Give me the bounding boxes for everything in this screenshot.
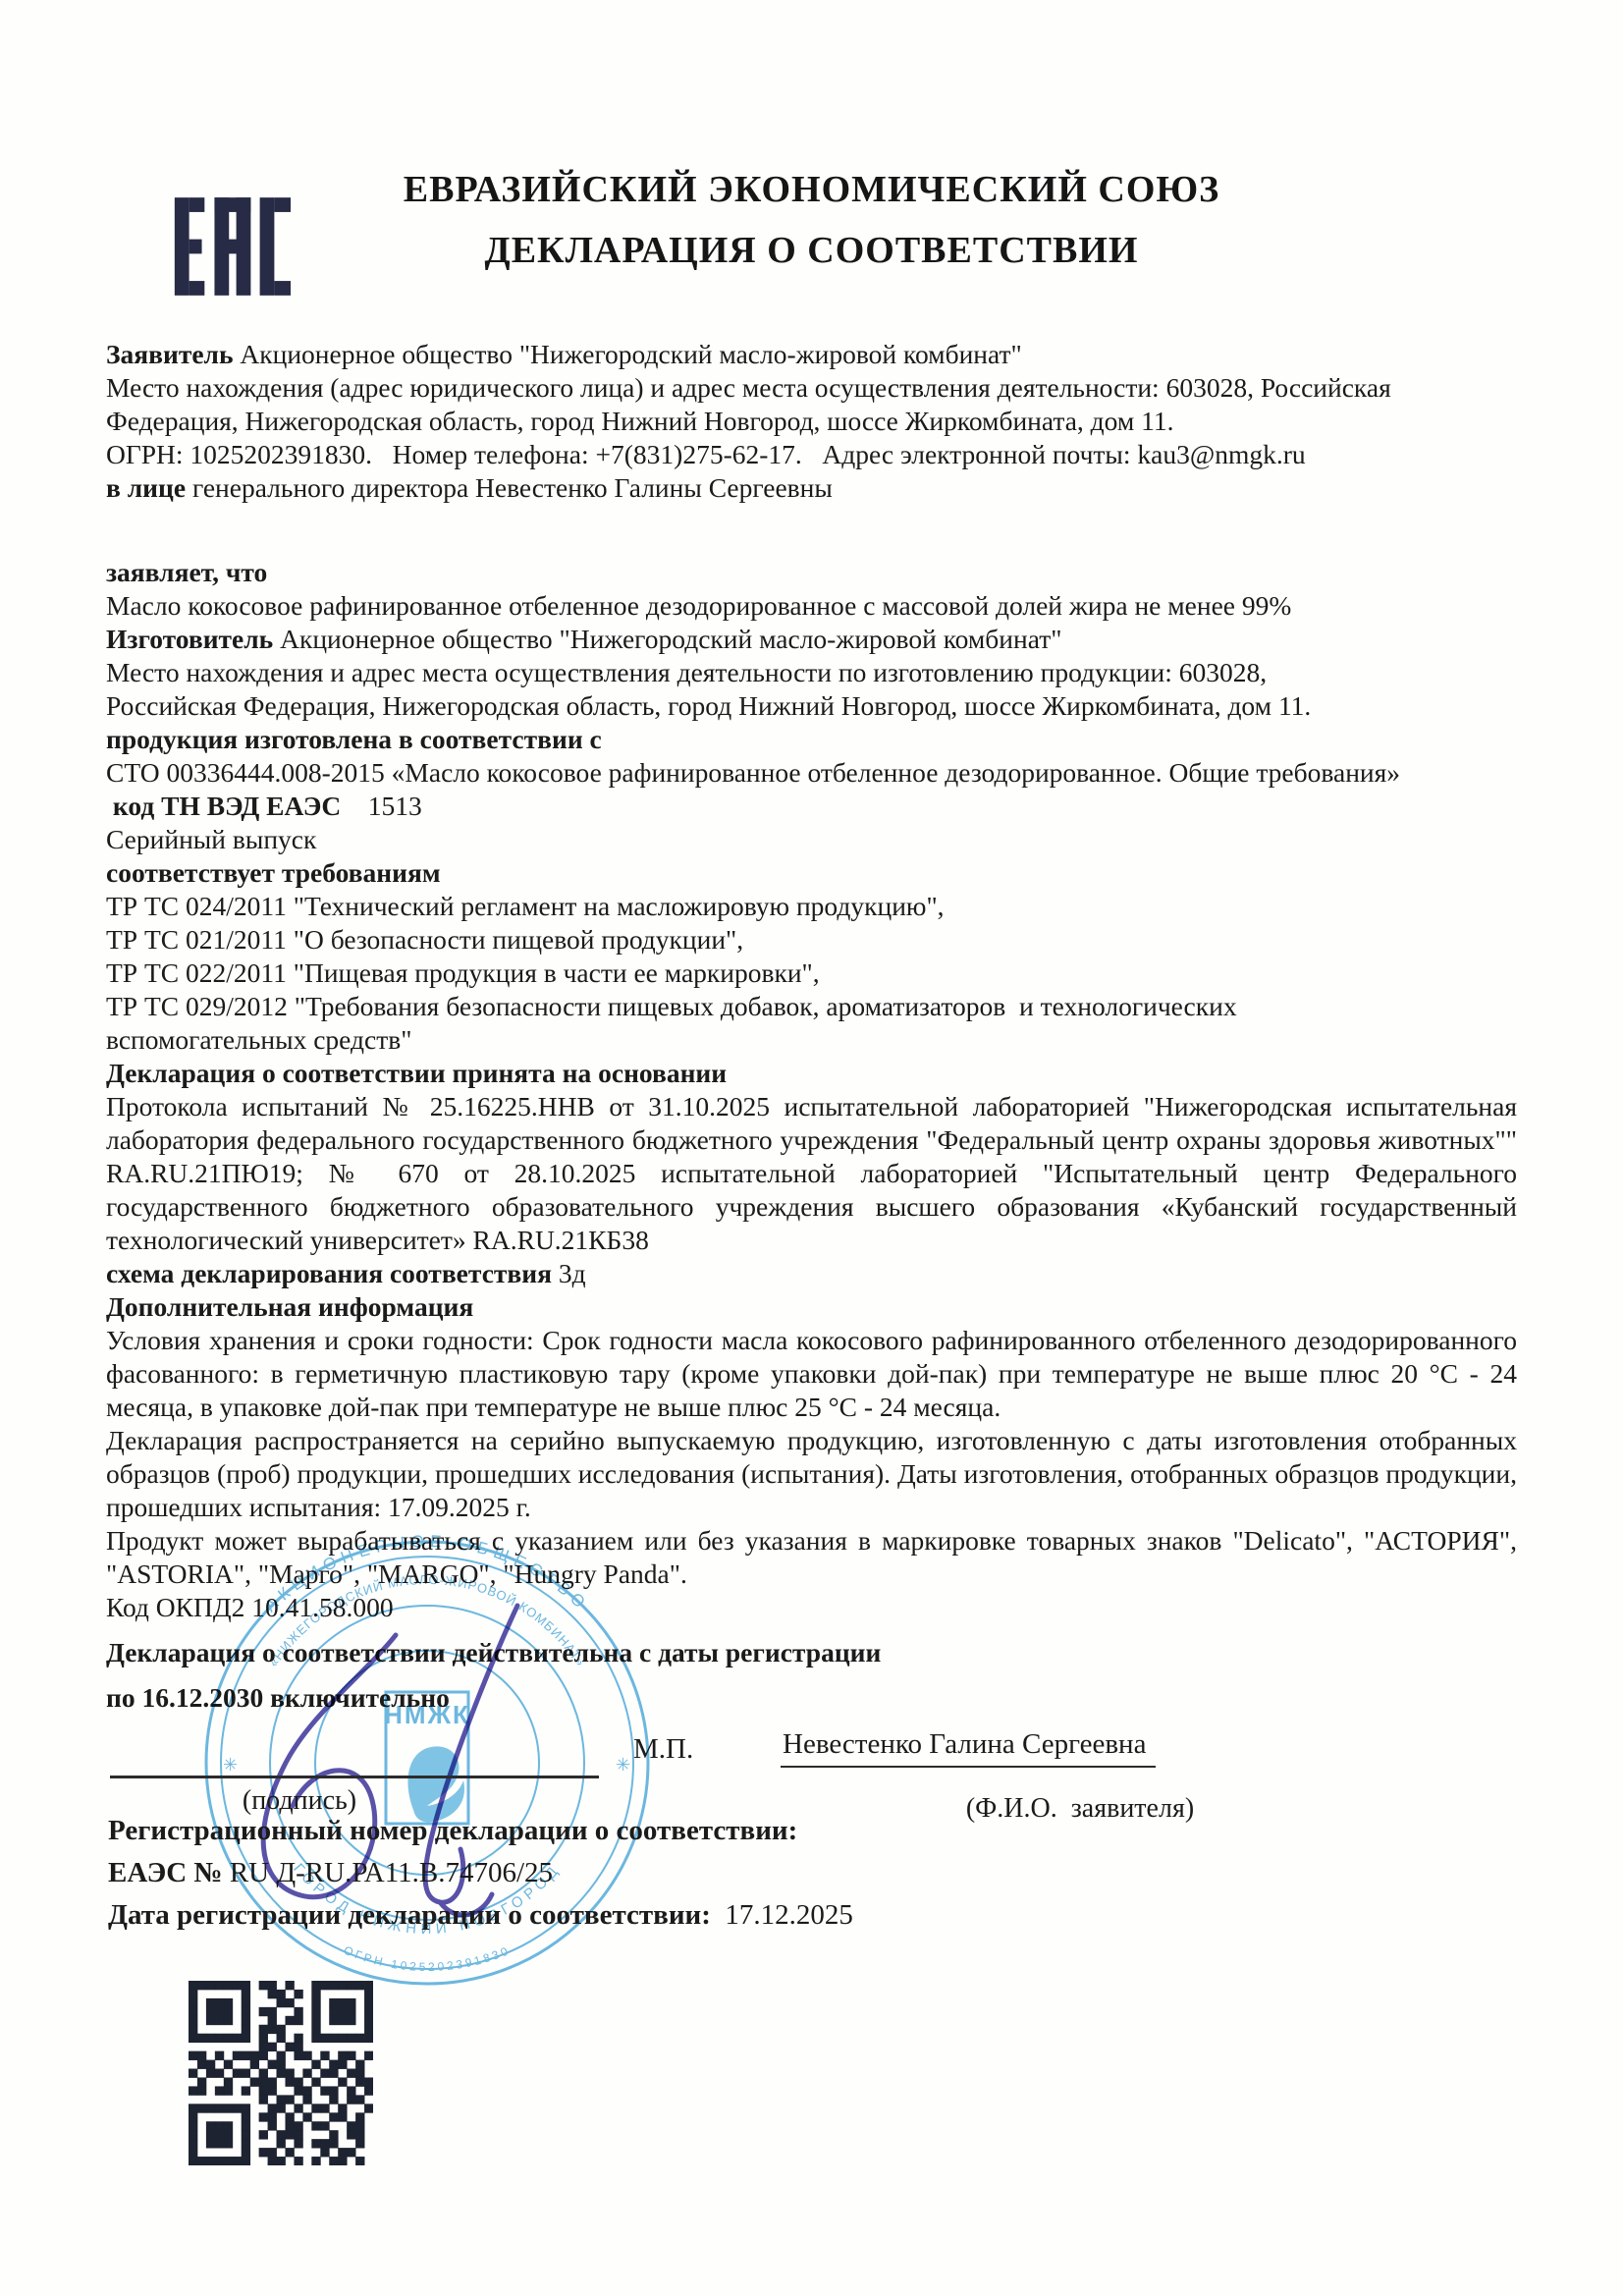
qr-module	[189, 2139, 197, 2148]
qr-module	[347, 2051, 355, 2060]
qr-module	[259, 2112, 268, 2121]
qr-module	[329, 2007, 338, 2016]
qr-module	[259, 2077, 268, 2086]
document-line: ТР ТС 024/2011 "Технический регламент на…	[106, 890, 1517, 923]
line-text: Масло кокосовое рафинированное отбеленно…	[106, 590, 1291, 621]
qr-module	[311, 1981, 320, 1990]
qr-module	[206, 2016, 215, 2025]
qr-module	[329, 2112, 338, 2121]
qr-module	[294, 1990, 302, 1998]
qr-module	[259, 2051, 268, 2060]
line-bold-text: продукция изготовлена в соответствии с	[106, 724, 602, 754]
qr-module	[268, 2157, 277, 2165]
qr-module	[233, 2069, 242, 2078]
qr-module	[320, 2104, 329, 2112]
qr-module	[355, 2112, 364, 2121]
qr-module	[277, 2025, 286, 2034]
qr-module	[242, 2034, 250, 2043]
registration-date: Дата регистрации декларации о соответств…	[108, 1899, 1188, 1932]
qr-module	[233, 2051, 242, 2060]
qr-module	[189, 2121, 197, 2130]
qr-module	[329, 2069, 338, 2078]
qr-module	[277, 2157, 286, 2165]
qr-module	[259, 2086, 268, 2095]
document-line: Изготовитель Акционерное общество "Нижег…	[106, 623, 1517, 656]
qr-module	[277, 2139, 286, 2148]
qr-module	[329, 2130, 338, 2139]
qr-module	[259, 2130, 268, 2139]
qr-module	[294, 2007, 302, 2016]
qr-module	[285, 2016, 294, 2025]
qr-module	[242, 2139, 250, 2148]
qr-module	[206, 1998, 215, 2007]
qr-module	[294, 2157, 302, 2165]
document-line: Декларация распространяется на серийно в…	[106, 1424, 1517, 1457]
qr-module	[338, 2104, 347, 2112]
document-line: СТО 00336444.008-2015 «Масло кокосовое р…	[106, 756, 1517, 790]
qr-module	[189, 2016, 197, 2025]
qr-module	[242, 2157, 250, 2165]
qr-module	[277, 2130, 286, 2139]
qr-module	[355, 1981, 364, 1990]
qr-module	[242, 1998, 250, 2007]
line-text: RA.RU.21ПЮ19; № 670 от 28.10.2025 испыта…	[106, 1158, 1517, 1188]
qr-module	[294, 2034, 302, 2043]
qr-module	[285, 2121, 294, 2130]
document-line: ТР ТС 022/2011 "Пищевая продукция в част…	[106, 957, 1517, 990]
qr-module	[215, 2121, 224, 2130]
qr-module	[285, 1981, 294, 1990]
qr-module	[329, 2095, 338, 2104]
qr-module	[302, 2095, 311, 2104]
qr-module	[320, 2069, 329, 2078]
qr-module	[329, 2086, 338, 2095]
qr-module	[224, 2130, 233, 2139]
document-line: Дополнительная информация	[106, 1290, 1517, 1324]
line-text: Федерация, Нижегородская область, город …	[106, 406, 1174, 436]
qr-module	[224, 2121, 233, 2130]
line-text: Серийный выпуск	[106, 824, 316, 854]
qr-module	[347, 2069, 355, 2078]
qr-module	[364, 2025, 373, 2034]
qr-module	[302, 2112, 311, 2121]
line-text: Место нахождения и адрес места осуществл…	[106, 657, 1267, 687]
qr-module	[242, 2016, 250, 2025]
signature-line	[110, 1776, 599, 1778]
qr-module	[285, 2095, 294, 2104]
qr-module	[224, 2104, 233, 2112]
qr-module	[338, 1998, 347, 2007]
qr-module	[285, 1998, 294, 2007]
qr-module	[215, 2016, 224, 2025]
qr-module	[189, 1990, 197, 1998]
qr-module	[206, 2069, 215, 2078]
line-text: месяца, в упаковке дой-пак при температу…	[106, 1392, 1001, 1422]
line-text: Акционерное общество "Нижегородский масл…	[234, 339, 1022, 369]
qr-module	[189, 2034, 197, 2043]
qr-module	[302, 2086, 311, 2095]
qr-module	[206, 2060, 215, 2069]
qr-module	[347, 2086, 355, 2095]
qr-module	[259, 2148, 268, 2157]
line-bold-text: Изготовитель	[106, 624, 273, 654]
document-line: Серийный выпуск	[106, 823, 1517, 856]
qr-module	[224, 2016, 233, 2025]
line-text: ТР ТС 021/2011 "О безопасности пищевой п…	[106, 924, 743, 955]
qr-module	[364, 1990, 373, 1998]
qr-module	[329, 2139, 338, 2148]
qr-module	[347, 2130, 355, 2139]
qr-module	[189, 2112, 197, 2121]
qr-module	[268, 2086, 277, 2095]
qr-module	[294, 2121, 302, 2130]
qr-module	[338, 2007, 347, 2016]
document-line: ТР ТС 021/2011 "О безопасности пищевой п…	[106, 923, 1517, 957]
qr-module	[311, 1990, 320, 1998]
qr-module	[364, 2007, 373, 2016]
line-bold-text: код ТН ВЭД ЕАЭС	[106, 791, 341, 821]
document-line: RA.RU.21ПЮ19; № 670 от 28.10.2025 испыта…	[106, 1157, 1517, 1190]
line-bold-text: соответствует требованиям	[106, 857, 441, 888]
document-line: месяца, в упаковке дой-пак при температу…	[106, 1391, 1517, 1424]
qr-module	[338, 2034, 347, 2043]
qr-module	[311, 2025, 320, 2034]
union-title: ЕВРАЗИЙСКИЙ ЭКОНОМИЧЕСКИЙ СОЮЗ	[0, 159, 1623, 220]
qr-module	[355, 2077, 364, 2086]
qr-module	[242, 2086, 250, 2095]
qr-module	[355, 2121, 364, 2130]
qr-module	[250, 2051, 259, 2060]
qr-module	[302, 2051, 311, 2060]
line-bold-text: схема декларирования соответствия	[106, 1258, 552, 1288]
qr-module	[233, 2157, 242, 2165]
qr-module	[329, 2060, 338, 2069]
qr-module	[224, 2086, 233, 2095]
document-line: Место нахождения и адрес места осуществл…	[106, 656, 1517, 689]
qr-module	[268, 2007, 277, 2016]
qr-module	[268, 2148, 277, 2157]
qr-module	[189, 2025, 197, 2034]
line-text: государственного бюджетного образователь…	[106, 1191, 1517, 1222]
line-bold-text: Заявитель	[106, 339, 234, 369]
qr-module	[355, 2139, 364, 2148]
qr-module	[224, 2060, 233, 2069]
qr-module	[242, 2069, 250, 2078]
qr-module	[215, 2007, 224, 2016]
line-text: Условия хранения и сроки годности: Срок …	[106, 1325, 1517, 1355]
document-line: государственного бюджетного образователь…	[106, 1190, 1517, 1224]
qr-module	[364, 2034, 373, 2043]
document-line: код ТН ВЭД ЕАЭС 1513	[106, 790, 1517, 823]
line-text: СТО 00336444.008-2015 «Масло кокосовое р…	[106, 757, 1400, 788]
qr-module	[311, 2139, 320, 2148]
registration-number-label: Регистрационный номер декларации о соотв…	[108, 1815, 1188, 1847]
qr-module	[215, 1981, 224, 1990]
qr-module	[338, 2016, 347, 2025]
qr-module	[277, 2034, 286, 2043]
qr-module	[259, 2034, 268, 2043]
line-text: ТР ТС 029/2012 "Требования безопасности …	[106, 991, 1237, 1021]
qr-module	[294, 2130, 302, 2139]
qr-module	[233, 1981, 242, 1990]
qr-module	[197, 2086, 206, 2095]
qr-module	[224, 2077, 233, 2086]
document-line: Федерация, Нижегородская область, город …	[106, 405, 1517, 438]
line-text: вспомогательных средств"	[106, 1024, 411, 1055]
qr-module	[268, 2077, 277, 2086]
line-bold-text: Дополнительная информация	[106, 1291, 473, 1322]
qr-module	[242, 2051, 250, 2060]
qr-module	[197, 2051, 206, 2060]
qr-module	[285, 2069, 294, 2078]
qr-module	[294, 2016, 302, 2025]
registration-number: ЕАЭС № RU Д-RU.РА11.В.74706/25	[108, 1857, 1188, 1889]
document-line: технологический университет» RA.RU.21КБ3…	[106, 1224, 1517, 1257]
document-line: в лице генерального директора Невестенко…	[106, 471, 1517, 505]
qr-module	[320, 2051, 329, 2060]
qr-module	[338, 1981, 347, 1990]
qr-module	[302, 2069, 311, 2078]
qr-module	[320, 2139, 329, 2148]
qr-module	[189, 2130, 197, 2139]
qr-module	[215, 2130, 224, 2139]
line-text: 1513	[341, 791, 422, 821]
qr-module	[355, 2095, 364, 2104]
qr-module	[320, 2148, 329, 2157]
qr-module	[233, 2104, 242, 2112]
qr-module	[285, 2148, 294, 2157]
qr-module	[206, 2130, 215, 2139]
qr-module	[206, 2007, 215, 2016]
line-bold-text: в лице	[106, 472, 186, 503]
stamp-place-label: М.П.	[633, 1733, 693, 1766]
qr-module	[347, 2148, 355, 2157]
qr-module	[189, 2007, 197, 2016]
qr-module	[215, 2086, 224, 2095]
qr-module	[320, 1981, 329, 1990]
document-title: ДЕКЛАРАЦИЯ О СООТВЕТСТВИИ	[0, 220, 1623, 281]
qr-module	[197, 2104, 206, 2112]
qr-module	[189, 2051, 197, 2060]
line-text: Акционерное общество "Нижегородский масл…	[273, 624, 1061, 654]
qr-module	[311, 2016, 320, 2025]
qr-module	[277, 2069, 286, 2078]
qr-module	[224, 2157, 233, 2165]
qr-module	[259, 2069, 268, 2078]
qr-module	[364, 2016, 373, 2025]
document-line: фасованного: в герметичную пластиковую т…	[106, 1357, 1517, 1391]
document-line: схема декларирования соответствия 3д	[106, 1257, 1517, 1290]
qr-module	[277, 2051, 286, 2060]
qr-module	[268, 2112, 277, 2121]
qr-module	[294, 2139, 302, 2148]
applicant-name: Невестенко Галина Сергеевна	[781, 1728, 1156, 1768]
document-line: Заявитель Акционерное общество "Нижегоро…	[106, 338, 1517, 371]
qr-module	[294, 2104, 302, 2112]
qr-module	[311, 1998, 320, 2007]
qr-module	[215, 2139, 224, 2148]
line-text: генерального директора Невестенко Галины…	[186, 472, 833, 503]
line-text: лаборатория федерального государственног…	[106, 1124, 1517, 1155]
qr-module	[268, 2121, 277, 2130]
document-line: ТР ТС 029/2012 "Требования безопасности …	[106, 990, 1517, 1023]
qr-module	[197, 1981, 206, 1990]
qr-module	[285, 2077, 294, 2086]
qr-module	[233, 2034, 242, 2043]
qr-module	[215, 1998, 224, 2007]
qr-module	[206, 1981, 215, 1990]
qr-module	[329, 2016, 338, 2025]
qr-module	[189, 2104, 197, 2112]
qr-module	[320, 2034, 329, 2043]
qr-module	[189, 2148, 197, 2157]
qr-module	[355, 2069, 364, 2078]
qr-module	[268, 2025, 277, 2034]
qr-module	[294, 2043, 302, 2051]
qr-module	[206, 2121, 215, 2130]
qr-module	[355, 2034, 364, 2043]
document-line: Масло кокосовое рафинированное отбеленно…	[106, 589, 1517, 623]
declaration-of-conformity-document: ЕВРАЗИЙСКИЙ ЭКОНОМИЧЕСКИЙ СОЮЗ ДЕКЛАРАЦИ…	[0, 0, 1623, 2296]
qr-module	[259, 2043, 268, 2051]
qr-module	[347, 2016, 355, 2025]
qr-module	[268, 2043, 277, 2051]
qr-module	[206, 2157, 215, 2165]
line-bold-text: Декларация о соответствии принята на осн…	[106, 1058, 727, 1088]
line-text: Декларация распространяется на серийно в…	[106, 1425, 1517, 1455]
qr-module	[242, 2112, 250, 2121]
qr-module	[364, 2051, 373, 2060]
qr-module	[277, 2095, 286, 2104]
qr-module	[311, 2157, 320, 2165]
line-text: технологический университет» RA.RU.21КБ3…	[106, 1225, 649, 1255]
line-bold-text: заявляет, что	[106, 557, 267, 587]
qr-module	[329, 2157, 338, 2165]
document-line: ОГРН: 1025202391830. Номер телефона: +7(…	[106, 438, 1517, 471]
line-text: Российская Федерация, Нижегородская обла…	[106, 690, 1311, 721]
qr-module	[338, 2112, 347, 2121]
qr-module	[215, 2034, 224, 2043]
qr-module	[311, 2034, 320, 2043]
qr-module	[329, 1981, 338, 1990]
document-line: заявляет, что	[106, 556, 1517, 589]
qr-module	[259, 2095, 268, 2104]
qr-module	[285, 2112, 294, 2121]
document-line: соответствует требованиям	[106, 856, 1517, 890]
qr-module	[197, 2060, 206, 2069]
line-text: ТР ТС 024/2011 "Технический регламент на…	[106, 891, 945, 921]
qr-module	[347, 2007, 355, 2016]
qr-module	[311, 2077, 320, 2086]
qr-module	[268, 2060, 277, 2069]
qr-module	[320, 2086, 329, 2095]
qr-module	[197, 2077, 206, 2086]
qr-module	[224, 2007, 233, 2016]
line-text: Протокола испытаний № 25.16225.ННВ от 31…	[106, 1091, 1517, 1121]
line-text: фасованного: в герметичную пластиковую т…	[106, 1358, 1517, 1389]
qr-module	[364, 2086, 373, 2095]
qr-module	[242, 2104, 250, 2112]
qr-module	[242, 2148, 250, 2157]
qr-module	[206, 2104, 215, 2112]
qr-module	[206, 2034, 215, 2043]
qr-module	[277, 2104, 286, 2112]
qr-module	[189, 2069, 197, 2078]
qr-module	[311, 2104, 320, 2112]
qr-module	[338, 2157, 347, 2165]
qr-module	[294, 2051, 302, 2060]
qr-module	[224, 2034, 233, 2043]
line-text: Место нахождения (адрес юридического лиц…	[106, 372, 1391, 403]
qr-module	[259, 1981, 268, 1990]
qr-module	[250, 2077, 259, 2086]
qr-module	[242, 2130, 250, 2139]
qr-module	[355, 2157, 364, 2165]
qr-module	[259, 2007, 268, 2016]
document-line: вспомогательных средств"	[106, 1023, 1517, 1057]
qr-module	[338, 2077, 347, 2086]
qr-module	[277, 1998, 286, 2007]
qr-module	[242, 1981, 250, 1990]
qr-module	[364, 1981, 373, 1990]
qr-module	[189, 1981, 197, 1990]
qr-module	[347, 2034, 355, 2043]
document-line: продукция изготовлена в соответствии с	[106, 723, 1517, 756]
qr-module	[215, 2051, 224, 2060]
qr-module	[338, 2060, 347, 2069]
qr-module	[268, 2016, 277, 2025]
qr-module	[197, 2034, 206, 2043]
qr-module	[224, 1998, 233, 2007]
qr-module	[250, 2060, 259, 2069]
qr-module	[329, 1998, 338, 2007]
document-header: ЕВРАЗИЙСКИЙ ЭКОНОМИЧЕСКИЙ СОЮЗ ДЕКЛАРАЦИ…	[0, 159, 1623, 281]
qr-module	[242, 2025, 250, 2034]
qr-module	[215, 2157, 224, 2165]
qr-module	[320, 2121, 329, 2130]
qr-module	[215, 2104, 224, 2112]
qr-module	[355, 2060, 364, 2069]
qr-module	[197, 2157, 206, 2165]
qr-module	[294, 2086, 302, 2095]
qr-module	[259, 2025, 268, 2034]
qr-module	[364, 2104, 373, 2112]
qr-module	[294, 2077, 302, 2086]
line-text: ТР ТС 022/2011 "Пищевая продукция в част…	[106, 957, 820, 988]
document-line: Место нахождения (адрес юридического лиц…	[106, 371, 1517, 405]
document-line: Протокола испытаний № 25.16225.ННВ от 31…	[106, 1090, 1517, 1123]
qr-module	[268, 1981, 277, 1990]
qr-module	[189, 2157, 197, 2165]
qr-module	[242, 2121, 250, 2130]
qr-module	[189, 1998, 197, 2007]
qr-module	[224, 2139, 233, 2148]
qr-module	[285, 2130, 294, 2139]
qr-module	[277, 1990, 286, 1998]
qr-module	[311, 2007, 320, 2016]
qr-module	[347, 2121, 355, 2130]
signature-caption: (подпись)	[191, 1785, 407, 1817]
qr-module	[277, 2060, 286, 2069]
qr-module	[268, 1990, 277, 1998]
qr-module	[364, 2077, 373, 2086]
qr-module	[338, 2148, 347, 2157]
qr-module	[329, 2034, 338, 2043]
document-line: лаборатория федерального государственног…	[106, 1123, 1517, 1157]
qr-module	[242, 1990, 250, 1998]
line-text: 3д	[552, 1258, 586, 1288]
document-line: Декларация о соответствии принята на осн…	[106, 1057, 1517, 1090]
